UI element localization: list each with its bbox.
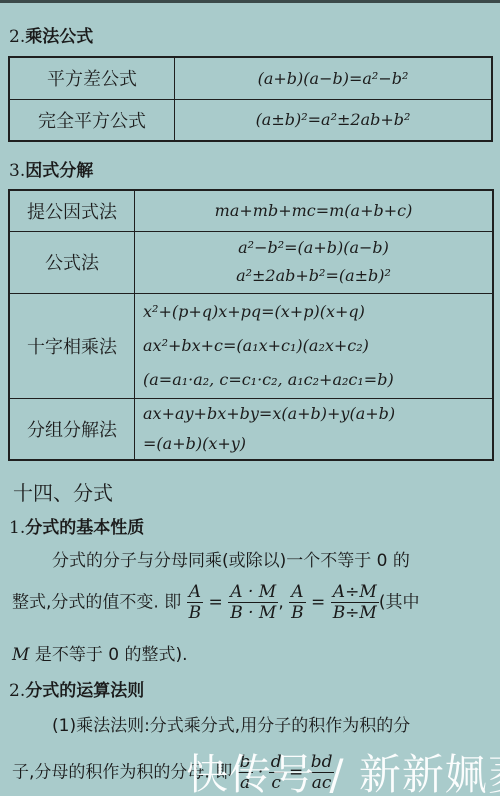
variable-m: M: [12, 645, 29, 665]
top-border-line: [0, 0, 500, 3]
fraction-a-over-b: AB: [187, 582, 204, 623]
heading-basic-property: 1.分式的基本性质: [9, 513, 144, 538]
formula-line: (a=a₁·a₂, c=c₁·c₂, a₁c₂+a₂c₁=b): [143, 363, 492, 397]
heading-number: 1.: [9, 518, 25, 538]
formula-line: a²−b²=(a+b)(a−b): [135, 234, 492, 262]
text: 是不等于 0 的整式).: [29, 645, 187, 665]
numerator: A: [289, 582, 306, 603]
formula-line: x²+(p+q)x+pq=(x+p)(x+q): [143, 295, 492, 329]
numerator: A · M: [228, 582, 278, 603]
fraction-a-over-b: AB: [289, 582, 306, 623]
formula-line: a²±2ab+b²=(a±b)²: [135, 262, 492, 290]
denominator: B · M: [228, 603, 278, 623]
separator: ,: [278, 593, 283, 613]
numerator: A÷M: [331, 582, 379, 603]
formula-line: ax+ay+bx+by=x(a+b)+y(a+b): [143, 399, 492, 429]
factorization-table: 提公因式法 ma+mb+mc=m(a+b+c) 公式法 a²−b²=(a+b)(…: [8, 189, 494, 461]
denominator: B÷M: [331, 603, 379, 623]
row-formula: ma+mb+mc=m(a+b+c): [135, 190, 494, 231]
table-row: 十字相乘法 x²+(p+q)x+pq=(x+p)(x+q) ax²+bx+c=(…: [9, 293, 493, 398]
row-label: 提公因式法: [9, 190, 135, 231]
heading-text: 分式的基本性质: [25, 518, 144, 538]
row-label: 十字相乘法: [9, 293, 135, 398]
basic-property-line-3: M 是不等于 0 的整式).: [12, 640, 188, 665]
heading-number: 2.: [9, 681, 25, 701]
heading-number: 2.: [9, 27, 25, 47]
row-label: 平方差公式: [9, 57, 175, 99]
operation-rules-line-1: (1)乘法法则:分式乘分式,用分子的积作为积的分: [52, 711, 410, 736]
table-row: 公式法 a²−b²=(a+b)(a−b) a²±2ab+b²=(a±b)²: [9, 231, 493, 293]
formula-line: ma+mb+mc=m(a+b+c): [135, 194, 492, 228]
row-label: 公式法: [9, 231, 135, 293]
basic-property-line-1: 分式的分子与分母同乘(或除以)一个不等于 0 的: [52, 546, 410, 571]
table-row: 分组分解法 ax+ay+bx+by=x(a+b)+y(a+b) =(a+b)(x…: [9, 398, 493, 460]
row-formula: ax+ay+bx+by=x(a+b)+y(a+b) =(a+b)(x+y): [135, 398, 494, 460]
heading-multiplication-formulas: 2.乘法公式: [9, 22, 93, 47]
table-row: 完全平方公式 (a±b)²=a²±2ab+b²: [9, 99, 492, 141]
row-label: 分组分解法: [9, 398, 135, 460]
heading-operation-rules: 2.分式的运算法则: [9, 676, 144, 701]
row-formula: x²+(p+q)x+pq=(x+p)(x+q) ax²+bx+c=(a₁x+c₁…: [135, 293, 494, 398]
multiplication-formula-table: 平方差公式 (a+b)(a−b)=a²−b² 完全平方公式 (a±b)²=a²±…: [8, 56, 493, 142]
basic-property-line-2: 整式,分式的值不变. 即 AB = A · MB · M, AB = A÷MB÷…: [12, 582, 419, 623]
heading-number: 3.: [9, 161, 25, 181]
chapter-title: 十四、分式: [13, 477, 113, 506]
formula-line: =(a+b)(x+y): [143, 429, 492, 459]
table-row: 平方差公式 (a+b)(a−b)=a²−b²: [9, 57, 492, 99]
row-formula: a²−b²=(a+b)(a−b) a²±2ab+b²=(a±b)²: [135, 231, 494, 293]
heading-factorization: 3.因式分解: [9, 156, 93, 181]
denominator: B: [187, 603, 204, 623]
heading-text: 乘法公式: [25, 27, 93, 47]
row-label: 完全平方公式: [9, 99, 175, 141]
formula-line: ax²+bx+c=(a₁x+c₁)(a₂x+c₂): [143, 329, 492, 363]
watermark-text: 快传号 / 新新姵菱: [186, 742, 500, 796]
denominator: B: [289, 603, 306, 623]
heading-text: 因式分解: [25, 161, 93, 181]
text: (其中: [379, 593, 420, 613]
numerator: A: [187, 582, 204, 603]
heading-text: 分式的运算法则: [25, 681, 144, 701]
row-formula: (a±b)²=a²±2ab+b²: [175, 99, 493, 141]
row-formula: (a+b)(a−b)=a²−b²: [175, 57, 493, 99]
fraction-am-over-bm: A · MB · M: [228, 582, 278, 623]
table-row: 提公因式法 ma+mb+mc=m(a+b+c): [9, 190, 493, 231]
fraction-a-div-m-over-b-div-m: A÷MB÷M: [331, 582, 379, 623]
text: 整式,分式的值不变. 即: [12, 593, 181, 613]
